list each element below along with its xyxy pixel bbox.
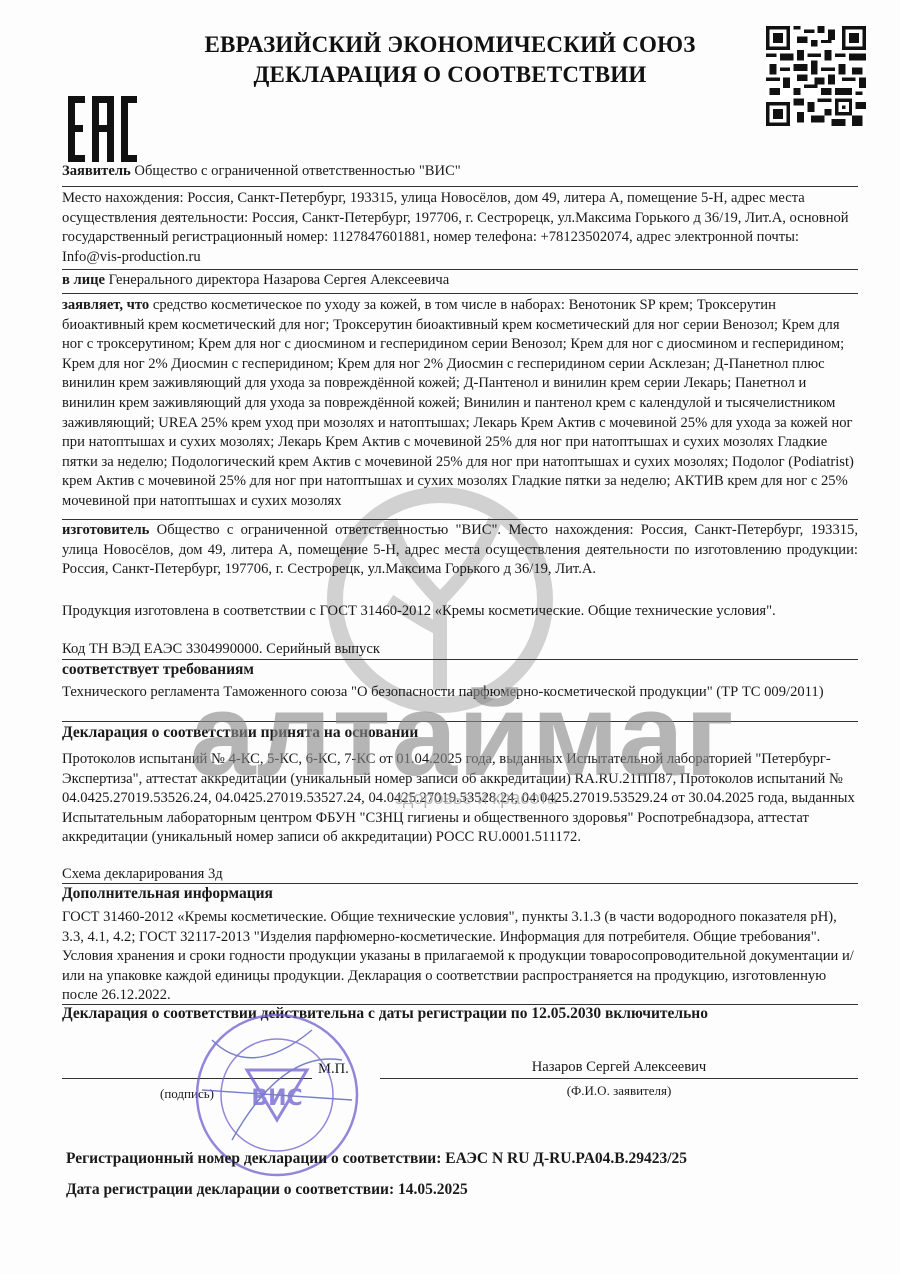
validity-statement: Декларация о соответствии действительна …	[62, 1004, 858, 1024]
manufacturer-standard: Продукция изготовлена в соответствии с Г…	[62, 602, 858, 622]
additional-info-text: ГОСТ 31460-2012 «Кремы косметические. Об…	[62, 909, 854, 1003]
divider	[62, 186, 858, 187]
registration-number-label: Регистрационный номер декларации о соотв…	[66, 1150, 441, 1167]
represented-by-value: Генерального директора Назарова Сергея А…	[109, 272, 450, 288]
applicant-label: Заявитель	[62, 163, 131, 179]
represented-by-line: в лице Генерального директора Назарова С…	[62, 271, 858, 291]
divider	[62, 721, 858, 722]
manufacturer-label: изготовитель	[62, 522, 149, 538]
applicant-address: Место нахождения: Россия, Санкт-Петербур…	[62, 189, 858, 267]
hs-code-line: Код ТН ВЭД ЕАЭС 3304990000. Серийный вып…	[62, 640, 858, 660]
name-line	[380, 1078, 858, 1079]
registration-date-label: Дата регистрации декларации о соответств…	[66, 1181, 394, 1198]
conformity-heading: соответствует требованиям	[62, 660, 858, 680]
test-protocols-text: Протоколов испытаний № 4-КС, 5-КС, 6-КС,…	[62, 751, 855, 845]
registration-number-value: ЕАЭС N RU Д-RU.PA04.B.29423/25	[445, 1150, 687, 1167]
applicant-line: Заявитель Общество с ограниченной ответс…	[62, 162, 858, 182]
qr-code-icon	[766, 24, 866, 128]
applicant-value: Общество с ограниченной ответственностью…	[134, 163, 460, 179]
additional-text: ГОСТ 31460-2012 «Кремы косметические. Об…	[62, 908, 858, 1006]
divider	[62, 293, 858, 294]
divider	[62, 519, 858, 520]
signer-name: Назаров Сергей Алексеевич	[380, 1058, 858, 1078]
basis-text: Протоколов испытаний № 4-КС, 5-КС, 6-КС,…	[62, 750, 858, 848]
divider	[62, 269, 858, 270]
manufacturer-value: Общество с ограниченной ответственностью…	[62, 522, 858, 577]
eac-mark-icon	[66, 96, 138, 162]
document-title: ЕВРАЗИЙСКИЙ ЭКОНОМИЧЕСКИЙ СОЮЗ ДЕКЛАРАЦИ…	[150, 30, 750, 90]
declaration-scheme: Схема декларирования 3д	[62, 865, 858, 885]
registration-date-value: 14.05.2025	[398, 1181, 468, 1198]
conformity-text: Технического регламента Таможенного союз…	[62, 683, 858, 703]
additional-heading: Дополнительная информация	[62, 884, 858, 904]
declares-label: заявляет, что	[62, 297, 149, 313]
standard-text: Продукция изготовлена в соответствии с Г…	[62, 603, 776, 619]
declares-section: заявляет, что средство косметическое по …	[62, 296, 858, 512]
registration-date-line: Дата регистрации декларации о соответств…	[66, 1181, 468, 1199]
product-list: средство косметическое по уходу за кожей…	[62, 297, 854, 509]
declaration-document: ЕВРАЗИЙСКИЙ ЭКОНОМИЧЕСКИЙ СОЮЗ ДЕКЛАРАЦИ…	[0, 0, 900, 1274]
manufacturer-section: изготовитель Общество с ограниченной отв…	[62, 521, 858, 580]
registration-number-line: Регистрационный номер декларации о соотв…	[66, 1150, 687, 1168]
regulation-text: Технического регламента Таможенного союз…	[62, 684, 824, 700]
basis-heading: Декларация о соответствии принята на осн…	[62, 723, 858, 743]
address-text: Место нахождения: Россия, Санкт-Петербур…	[62, 190, 849, 265]
represented-by-label: в лице	[62, 272, 105, 288]
hs-code-text: Код ТН ВЭД ЕАЭС 3304990000. Серийный вып…	[62, 641, 380, 657]
title-union: ЕВРАЗИЙСКИЙ ЭКОНОМИЧЕСКИЙ СОЮЗ	[150, 30, 750, 60]
name-caption: (Ф.И.О. заявителя)	[380, 1081, 858, 1101]
title-declaration: ДЕКЛАРАЦИЯ О СООТВЕТСТВИИ	[150, 60, 750, 90]
